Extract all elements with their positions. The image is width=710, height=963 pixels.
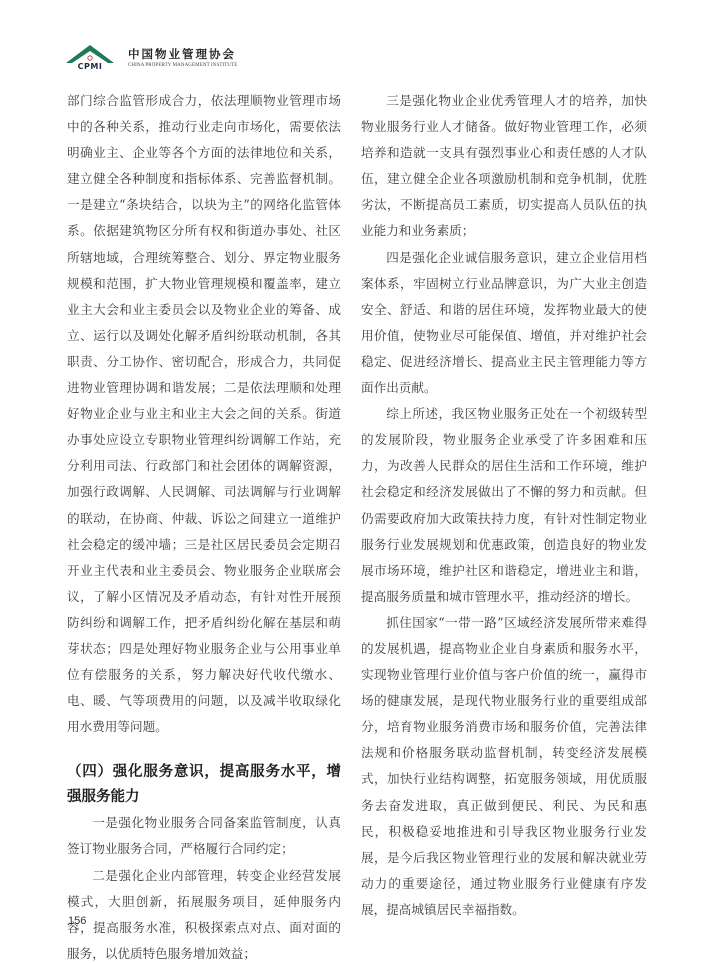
paragraph: 抓住国家“一带一路”区域经济发展所带来难得的发展机遇，提高物业企业自身素质和服务…: [361, 610, 647, 923]
left-column: 部门综合监管形成合力，依法理顺物业管理市场中的各种关系，推动行业走向市场化，需要…: [67, 88, 341, 963]
org-name-en: CHINA PROPERTY MANAGEMENT INSTITUTE: [128, 62, 237, 69]
section-heading: （四）强化服务意识，提高服务水平，增强服务能力: [67, 760, 341, 810]
paragraph: 二是强化企业内部管理，转变企业经营发展模式，大胆创新，拓展服务项目，延伸服务内容…: [67, 863, 341, 963]
org-name-cn: 中国物业管理协会: [128, 48, 237, 61]
org-name: 中国物业管理协会 CHINA PROPERTY MANAGEMENT INSTI…: [128, 48, 237, 69]
paragraph: 三是强化物业企业优秀管理人才的培养，加快物业服务行业人才储备。做好物业管理工作，…: [361, 88, 647, 245]
page-number: 156: [68, 915, 86, 927]
logo-text: CPMI: [69, 62, 111, 71]
paragraph: 四是强化企业诚信服务意识，建立企业信用档案体系，牢固树立行业品牌意识，为广大业主…: [361, 245, 647, 402]
paragraph: 一是强化物业服务合同备案监管制度，认真签订物业服务合同，严格履行合同约定；: [67, 810, 341, 862]
right-column: 三是强化物业企业优秀管理人才的培养，加快物业服务行业人才储备。做好物业管理工作，…: [361, 88, 647, 923]
paragraph: 综上所述，我区物业服务正处在一个初级转型的发展阶段，物业服务企业承受了许多困难和…: [361, 401, 647, 610]
paragraph: 部门综合监管形成合力，依法理顺物业管理市场中的各种关系，推动行业走向市场化，需要…: [67, 88, 341, 740]
cpmi-logo: CPMI: [66, 43, 114, 73]
page-header: CPMI 中国物业管理协会 CHINA PROPERTY MANAGEMENT …: [66, 40, 237, 76]
